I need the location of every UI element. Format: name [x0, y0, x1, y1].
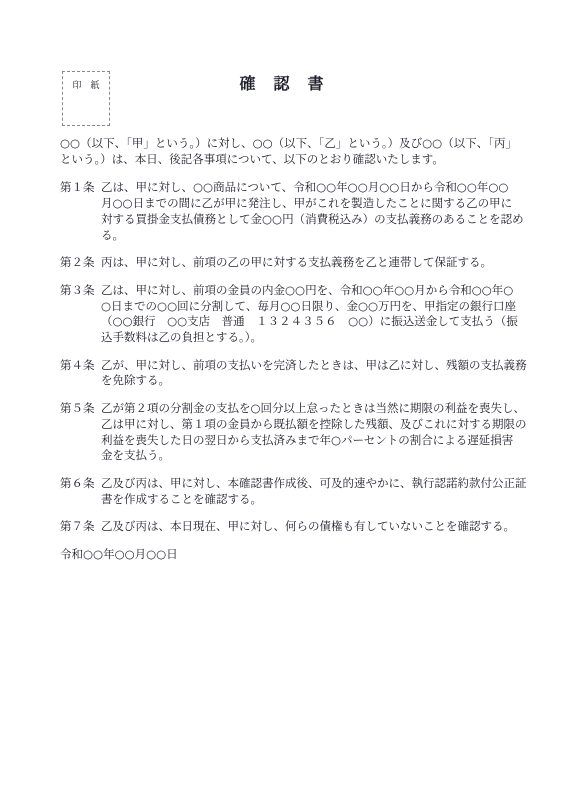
document-body: ○○（以下、「甲」という。）に対し、○○（以下、「乙」という。）及び○○（以下、… — [60, 136, 520, 563]
article-body: 乙が第２項の分割金の支払を○回分以上怠ったときは当然に期限の利益を喪失し、 乙は… — [101, 401, 520, 464]
article-label: 第７条 — [60, 519, 101, 535]
article-body: 丙は、甲に対し、前項の乙の甲に対する支払義務を乙と連帯して保証する。 — [101, 255, 520, 271]
article-body: 乙及び丙は、甲に対し、本確認書作成後、可及的速やかに、執行認諾約款付公正証 書を… — [101, 476, 520, 507]
article-line: る。 — [101, 228, 520, 244]
article-2: 第２条 丙は、甲に対し、前項の乙の甲に対する支払義務を乙と連帯して保証する。 — [60, 255, 520, 271]
article-body: 乙が、甲に対し、前項の支払いを完済したときは、甲は乙に対し、残額の支払義務 を免… — [101, 358, 520, 389]
intro-line: という。）は、本日、後記各事項について、以下のとおり確認いたします。 — [60, 152, 520, 168]
article-label: 第２条 — [60, 255, 101, 271]
article-line: 乙が、甲に対し、前項の支払いを完済したときは、甲は乙に対し、残額の支払義務 — [101, 358, 520, 374]
article-line: 丙は、甲に対し、前項の乙の甲に対する支払義務を乙と連帯して保証する。 — [101, 255, 520, 271]
article-line: 書を作成することを確認する。 — [101, 492, 520, 508]
article-line: 乙は、甲に対し、○○商品について、令和○○年○○月○○日から令和○○年○○ — [101, 180, 520, 196]
article-line: 金を支払う。 — [101, 448, 520, 464]
article-label: 第４条 — [60, 358, 101, 389]
article-6: 第６条 乙及び丙は、甲に対し、本確認書作成後、可及的速やかに、執行認諾約款付公正… — [60, 476, 520, 507]
article-body: 乙は、甲に対し、○○商品について、令和○○年○○月○○日から令和○○年○○ 月○… — [101, 180, 520, 243]
article-1: 第１条 乙は、甲に対し、○○商品について、令和○○年○○月○○日から令和○○年○… — [60, 180, 520, 243]
article-5: 第５条 乙が第２項の分割金の支払を○回分以上怠ったときは当然に期限の利益を喪失し… — [60, 401, 520, 464]
article-line: 込手数料は乙の負担とする。）。 — [101, 330, 520, 346]
article-line: ○日までの○○回に分割して、毎月○○日限り、金○○万円を、甲指定の銀行口座 — [101, 299, 520, 315]
intro-paragraph: ○○（以下、「甲」という。）に対し、○○（以下、「乙」という。）及び○○（以下、… — [60, 136, 520, 167]
article-label: 第５条 — [60, 401, 101, 464]
article-line: 対する買掛金支払債務として金○○円（消費税込み）の支払義務のあることを認め — [101, 212, 520, 228]
article-line: 乙及び丙は、甲に対し、本確認書作成後、可及的速やかに、執行認諾約款付公正証 — [101, 476, 520, 492]
article-line: 乙は甲に対し、第１項の金員から既払額を控除した残額、及びこれに対する期限の — [101, 417, 520, 433]
article-label: 第６条 — [60, 476, 101, 507]
document-date: 令和○○年○○月○○日 — [60, 547, 520, 563]
intro-line: ○○（以下、「甲」という。）に対し、○○（以下、「乙」という。）及び○○（以下、… — [60, 136, 520, 152]
article-line: （○○銀行 ○○支店 普通 １３２４３５６ ○○）に振込送金して支払う（振 — [101, 314, 520, 330]
article-line: 利益を喪失した日の翌日から支払済みまで年○パーセントの割合による遅延損害 — [101, 433, 520, 449]
article-line: 乙及び丙は、本日現在、甲に対し、何らの債権も有していないことを確認する。 — [101, 519, 520, 535]
article-line: 乙は、甲に対し、前項の金員の内金○○円を、令和○○年○○月から令和○○年○ — [101, 283, 520, 299]
article-line: を免除する。 — [101, 373, 520, 389]
article-3: 第３条 乙は、甲に対し、前項の金員の内金○○円を、令和○○年○○月から令和○○年… — [60, 283, 520, 346]
article-body: 乙は、甲に対し、前項の金員の内金○○円を、令和○○年○○月から令和○○年○ ○日… — [101, 283, 520, 346]
article-line: 月○○日までの間に乙が甲に発注し、甲がこれを製造したことに関する乙の甲に — [101, 196, 520, 212]
article-label: 第１条 — [60, 180, 101, 243]
article-4: 第４条 乙が、甲に対し、前項の支払いを完済したときは、甲は乙に対し、残額の支払義… — [60, 358, 520, 389]
document-page: 印 紙 確 認 書 ○○（以下、「甲」という。）に対し、○○（以下、「乙」という… — [0, 0, 564, 806]
article-body: 乙及び丙は、本日現在、甲に対し、何らの債権も有していないことを確認する。 — [101, 519, 520, 535]
article-label: 第３条 — [60, 283, 101, 346]
article-line: 乙が第２項の分割金の支払を○回分以上怠ったときは当然に期限の利益を喪失し、 — [101, 401, 520, 417]
article-7: 第７条 乙及び丙は、本日現在、甲に対し、何らの債権も有していないことを確認する。 — [60, 519, 520, 535]
page-title: 確 認 書 — [0, 71, 564, 94]
